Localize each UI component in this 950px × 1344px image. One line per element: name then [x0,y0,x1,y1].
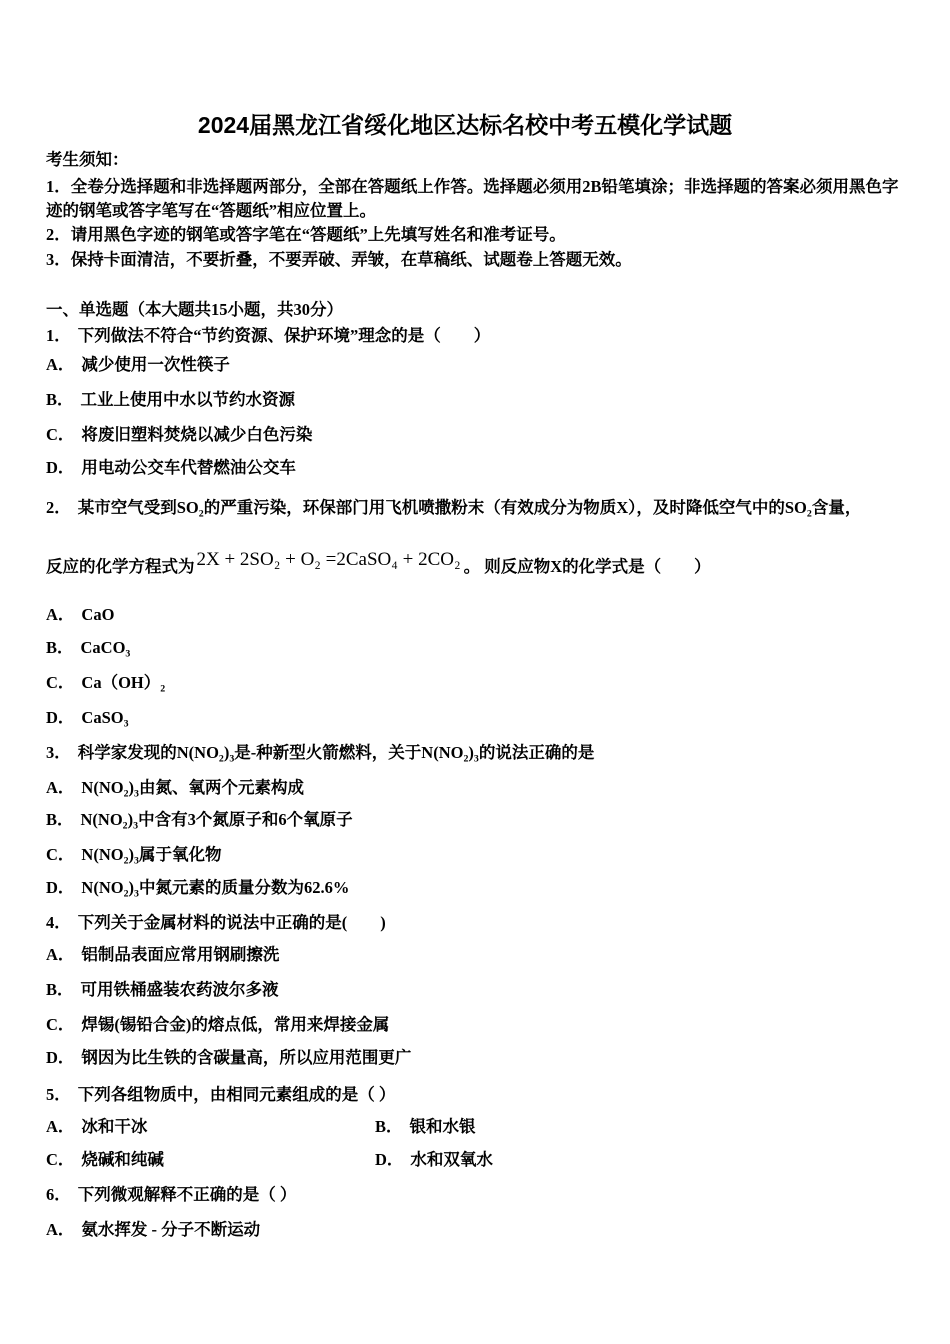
page-title: 2024届黑龙江省绥化地区达标名校中考五模化学试题 [0,109,930,141]
exam-paper-page: 2024届黑龙江省绥化地区达标名校中考五模化学试题 考生须知： 1．全卷分选择题… [0,0,950,1344]
option-text: CaO [81,605,114,624]
option-text: N(NO₂)₃属于氧化物 [81,845,221,864]
option-label: A． [46,778,74,797]
option-label: B． [46,390,74,409]
option-label: A． [46,1117,74,1136]
option-label: B． [46,638,74,657]
question-2-option-a: A．CaO [46,603,114,627]
notice-heading: 考生须知： [46,148,129,172]
option-text: 冰和干冰 [81,1117,147,1136]
question-text: 科学家发现的N(NO₂)₃是-种新型火箭燃料，关于N(NO₂)₃的说法正确的是 [78,743,595,762]
option-label: D． [46,878,74,897]
question-text: 下列各组物质中，由相同元素组成的是（ ） [78,1085,396,1104]
option-text: 钢因为比生铁的含碳量高，所以应用范围更广 [81,1048,411,1067]
question-number: 5． [46,1085,71,1104]
option-text: 银和水银 [410,1117,476,1136]
option-text: 将废旧塑料焚烧以减少白色污染 [81,425,312,444]
question-text: 下列微观解释不正确的是（ ） [78,1185,297,1204]
question-2-equation-line: 反应的化学方程式为2X + 2SO₂ + O₂ =2CaSO₄ + 2CO₂。 … [46,555,711,579]
option-label: A． [46,1220,74,1239]
option-text: 可用铁桶盛装农药波尔多液 [81,980,279,999]
option-text: 烧碱和纯碱 [81,1150,164,1169]
question-4-option-a: A．铝制品表面应常用钢刷擦洗 [46,943,279,967]
option-label: D． [46,708,74,727]
option-label: A． [46,355,74,374]
option-text: 铝制品表面应常用钢刷擦洗 [81,945,279,964]
question-1-option-a: A．减少使用一次性筷子 [46,353,230,377]
notice-item-1: 1．全卷分选择题和非选择题两部分，全部在答题纸上作答。选择题必须用2B铅笔填涂；… [46,175,908,223]
question-3-stem: 3．科学家发现的N(NO₂)₃是-种新型火箭燃料，关于N(NO₂)₃的说法正确的… [46,741,594,765]
question-5-option-d: D．水和双氧水 [375,1148,493,1172]
question-number: 1． [46,326,71,345]
question-4-stem: 4．下列关于金属材料的说法中正确的是( ) [46,911,386,935]
question-text: 下列做法不符合“节约资源、保护环境”理念的是（ ） [78,326,491,345]
option-label: B． [375,1117,403,1136]
question-5-stem: 5．下列各组物质中，由相同元素组成的是（ ） [46,1083,395,1107]
question-1-option-d: D．用电动公交车代替燃油公交车 [46,456,296,480]
option-label: D． [46,1048,74,1067]
option-label: D． [375,1150,403,1169]
option-label: D． [46,458,74,477]
question-3-option-c: C．N(NO₂)₃属于氧化物 [46,843,221,867]
option-label: B． [46,980,74,999]
question-6-option-a: A．氨水挥发 - 分子不断运动 [46,1218,260,1242]
question-4-option-d: D．钢因为比生铁的含碳量高，所以应用范围更广 [46,1046,411,1070]
option-text: 用电动公交车代替燃油公交车 [81,458,296,477]
option-text: Ca（OH）₂ [81,673,165,692]
question-5-option-a: A．冰和干冰 [46,1115,147,1139]
question-text: 某市空气受到SO₂的严重污染，环保部门用飞机喷撒粉末（有效成分为物质X），及时降… [78,498,862,517]
question-2-option-d: D．CaSO₃ [46,706,129,730]
question-1-stem: 1．下列做法不符合“节约资源、保护环境”理念的是（ ） [46,324,490,348]
question-text: 下列关于金属材料的说法中正确的是( ) [78,913,386,932]
option-text: 氨水挥发 - 分子不断运动 [81,1220,260,1239]
chemical-equation: 2X + 2SO₂ + O₂ =2CaSO₄ + 2CO₂ [197,549,461,570]
question-number: 4． [46,913,71,932]
question-4-option-b: B．可用铁桶盛装农药波尔多液 [46,978,279,1002]
option-text: N(NO₂)₃中氮元素的质量分数为62.6% [81,878,349,897]
option-label: C． [46,845,74,864]
option-label: C． [46,1015,74,1034]
section-heading: 一、单选题（本大题共15小题，共30分） [46,298,343,322]
question-1-option-b: B．工业上使用中水以节约水资源 [46,388,295,412]
option-text: CaCO₃ [81,638,131,657]
question-1-option-c: C．将废旧塑料焚烧以减少白色污染 [46,423,312,447]
option-label: A． [46,945,74,964]
option-text: 水和双氧水 [410,1150,493,1169]
option-label: C． [46,673,74,692]
option-text: N(NO₂)₃由氮、氧两个元素构成 [81,778,304,797]
option-label: A． [46,605,74,624]
question-3-option-d: D．N(NO₂)₃中氮元素的质量分数为62.6% [46,876,349,900]
option-text: CaSO₃ [81,708,128,727]
question-3-option-b: B．N(NO₂)₃中含有3个氮原子和6个氧原子 [46,808,353,832]
question-5-option-c: C．烧碱和纯碱 [46,1148,164,1172]
question-4-option-c: C．焊锡(锡铅合金)的熔点低，常用来焊接金属 [46,1013,389,1037]
option-label: B． [46,810,74,829]
question-2-option-c: C．Ca（OH）₂ [46,671,165,695]
question-number: 3． [46,743,71,762]
option-label: C． [46,1150,74,1169]
question-number: 2． [46,498,71,517]
option-text: 焊锡(锡铅合金)的熔点低，常用来焊接金属 [81,1015,389,1034]
question-6-stem: 6．下列微观解释不正确的是（ ） [46,1183,296,1207]
notice-item-2: 2．请用黑色字迹的钢笔或答字笔在“答题纸”上先填写姓名和准考证号。 [46,223,566,247]
option-text: 工业上使用中水以节约水资源 [81,390,296,409]
equation-suffix: 。 则反应物X的化学式是（ ） [464,557,711,576]
option-text: 减少使用一次性筷子 [81,355,230,374]
question-5-option-b: B．银和水银 [375,1115,476,1139]
notice-item-3: 3．保持卡面清洁，不要折叠，不要弄破、弄皱，在草稿纸、试题卷上答题无效。 [46,248,632,272]
question-3-option-a: A．N(NO₂)₃由氮、氧两个元素构成 [46,776,304,800]
question-2-stem: 2．某市空气受到SO₂的严重污染，环保部门用飞机喷撒粉末（有效成分为物质X），及… [46,496,861,520]
option-text: N(NO₂)₃中含有3个氮原子和6个氧原子 [81,810,353,829]
question-2-option-b: B．CaCO₃ [46,636,130,660]
question-number: 6． [46,1185,71,1204]
option-label: C． [46,425,74,444]
equation-prefix: 反应的化学方程式为 [46,557,195,576]
